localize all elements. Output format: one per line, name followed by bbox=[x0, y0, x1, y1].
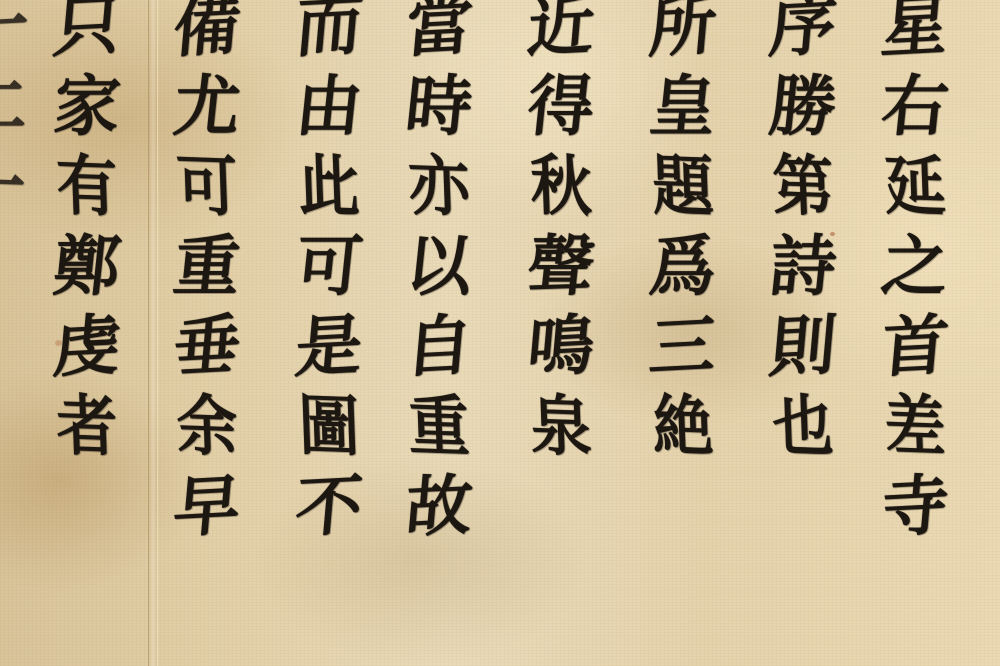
character: 一 bbox=[0, 145, 32, 227]
character: 尤 bbox=[164, 66, 250, 146]
character: 此 bbox=[292, 145, 367, 227]
character: 只 bbox=[44, 0, 130, 68]
character: 序 bbox=[760, 0, 846, 68]
character: 可 bbox=[286, 226, 372, 306]
character: 延 bbox=[878, 145, 953, 227]
character: 泉 bbox=[524, 385, 599, 467]
text-column-8: 只 家 有 鄭 虔 者 bbox=[48, 0, 126, 466]
paper-seam bbox=[148, 0, 158, 666]
character: 三 bbox=[640, 304, 726, 388]
character: 鳴 bbox=[518, 304, 604, 388]
character: 星 bbox=[872, 0, 958, 68]
red-speck bbox=[55, 340, 62, 346]
character: 而 bbox=[286, 0, 372, 68]
character: 二 bbox=[0, 66, 38, 146]
text-column-3: 所 皇 題 爲 三 絶 bbox=[644, 0, 722, 466]
character: 虔 bbox=[44, 304, 130, 388]
character: 之 bbox=[872, 226, 958, 306]
character: 有 bbox=[50, 145, 125, 227]
character: 以 bbox=[396, 226, 482, 306]
character: 一 bbox=[0, 0, 38, 68]
character: 得 bbox=[518, 66, 604, 146]
text-column-6: 而 由 此 可 是 圖 不 bbox=[290, 0, 368, 546]
character: 亦 bbox=[402, 145, 477, 227]
text-column-9-partial: 一 二 一 bbox=[0, 0, 34, 226]
character: 則 bbox=[760, 304, 846, 388]
character: 聲 bbox=[518, 226, 604, 306]
character: 自 bbox=[396, 304, 482, 388]
text-column-4: 近 得 秋 聲 鳴 泉 bbox=[522, 0, 600, 466]
character: 可 bbox=[170, 145, 245, 227]
character: 不 bbox=[286, 464, 372, 548]
character: 詩 bbox=[760, 226, 846, 306]
character: 由 bbox=[286, 66, 372, 146]
character: 重 bbox=[402, 385, 477, 467]
text-column-1: 星 右 延 之 首 差 寺 bbox=[876, 0, 954, 546]
character: 備 bbox=[164, 0, 250, 68]
character: 皇 bbox=[640, 66, 726, 146]
character: 差 bbox=[878, 385, 953, 467]
text-column-5: 當 時 亦 以 自 重 故 bbox=[400, 0, 478, 546]
character: 所 bbox=[640, 0, 726, 68]
character: 重 bbox=[164, 226, 250, 306]
character: 家 bbox=[44, 66, 130, 146]
character: 者 bbox=[50, 385, 125, 467]
character: 爲 bbox=[640, 226, 726, 306]
red-speck bbox=[830, 232, 835, 236]
character: 圖 bbox=[292, 385, 367, 467]
character: 余 bbox=[170, 385, 245, 467]
character: 當 bbox=[396, 0, 482, 68]
character: 垂 bbox=[164, 304, 250, 388]
character: 早 bbox=[164, 464, 250, 548]
character: 時 bbox=[396, 66, 482, 146]
character: 右 bbox=[872, 66, 958, 146]
character: 首 bbox=[872, 304, 958, 388]
character: 故 bbox=[396, 464, 482, 548]
character: 是 bbox=[286, 304, 372, 388]
text-column-7: 備 尤 可 重 垂 余 早 bbox=[168, 0, 246, 546]
character: 絶 bbox=[646, 385, 721, 467]
calligraphy-scroll: 星 右 延 之 首 差 寺 序 勝 第 詩 則 也 所 皇 題 爲 三 絶 近 … bbox=[0, 0, 1000, 666]
character: 鄭 bbox=[44, 226, 130, 306]
character: 勝 bbox=[760, 66, 846, 146]
character: 題 bbox=[646, 145, 721, 227]
character: 近 bbox=[518, 0, 604, 68]
character: 秋 bbox=[524, 145, 599, 227]
character: 第 bbox=[766, 145, 841, 227]
character: 寺 bbox=[872, 464, 958, 548]
character: 也 bbox=[766, 385, 841, 467]
